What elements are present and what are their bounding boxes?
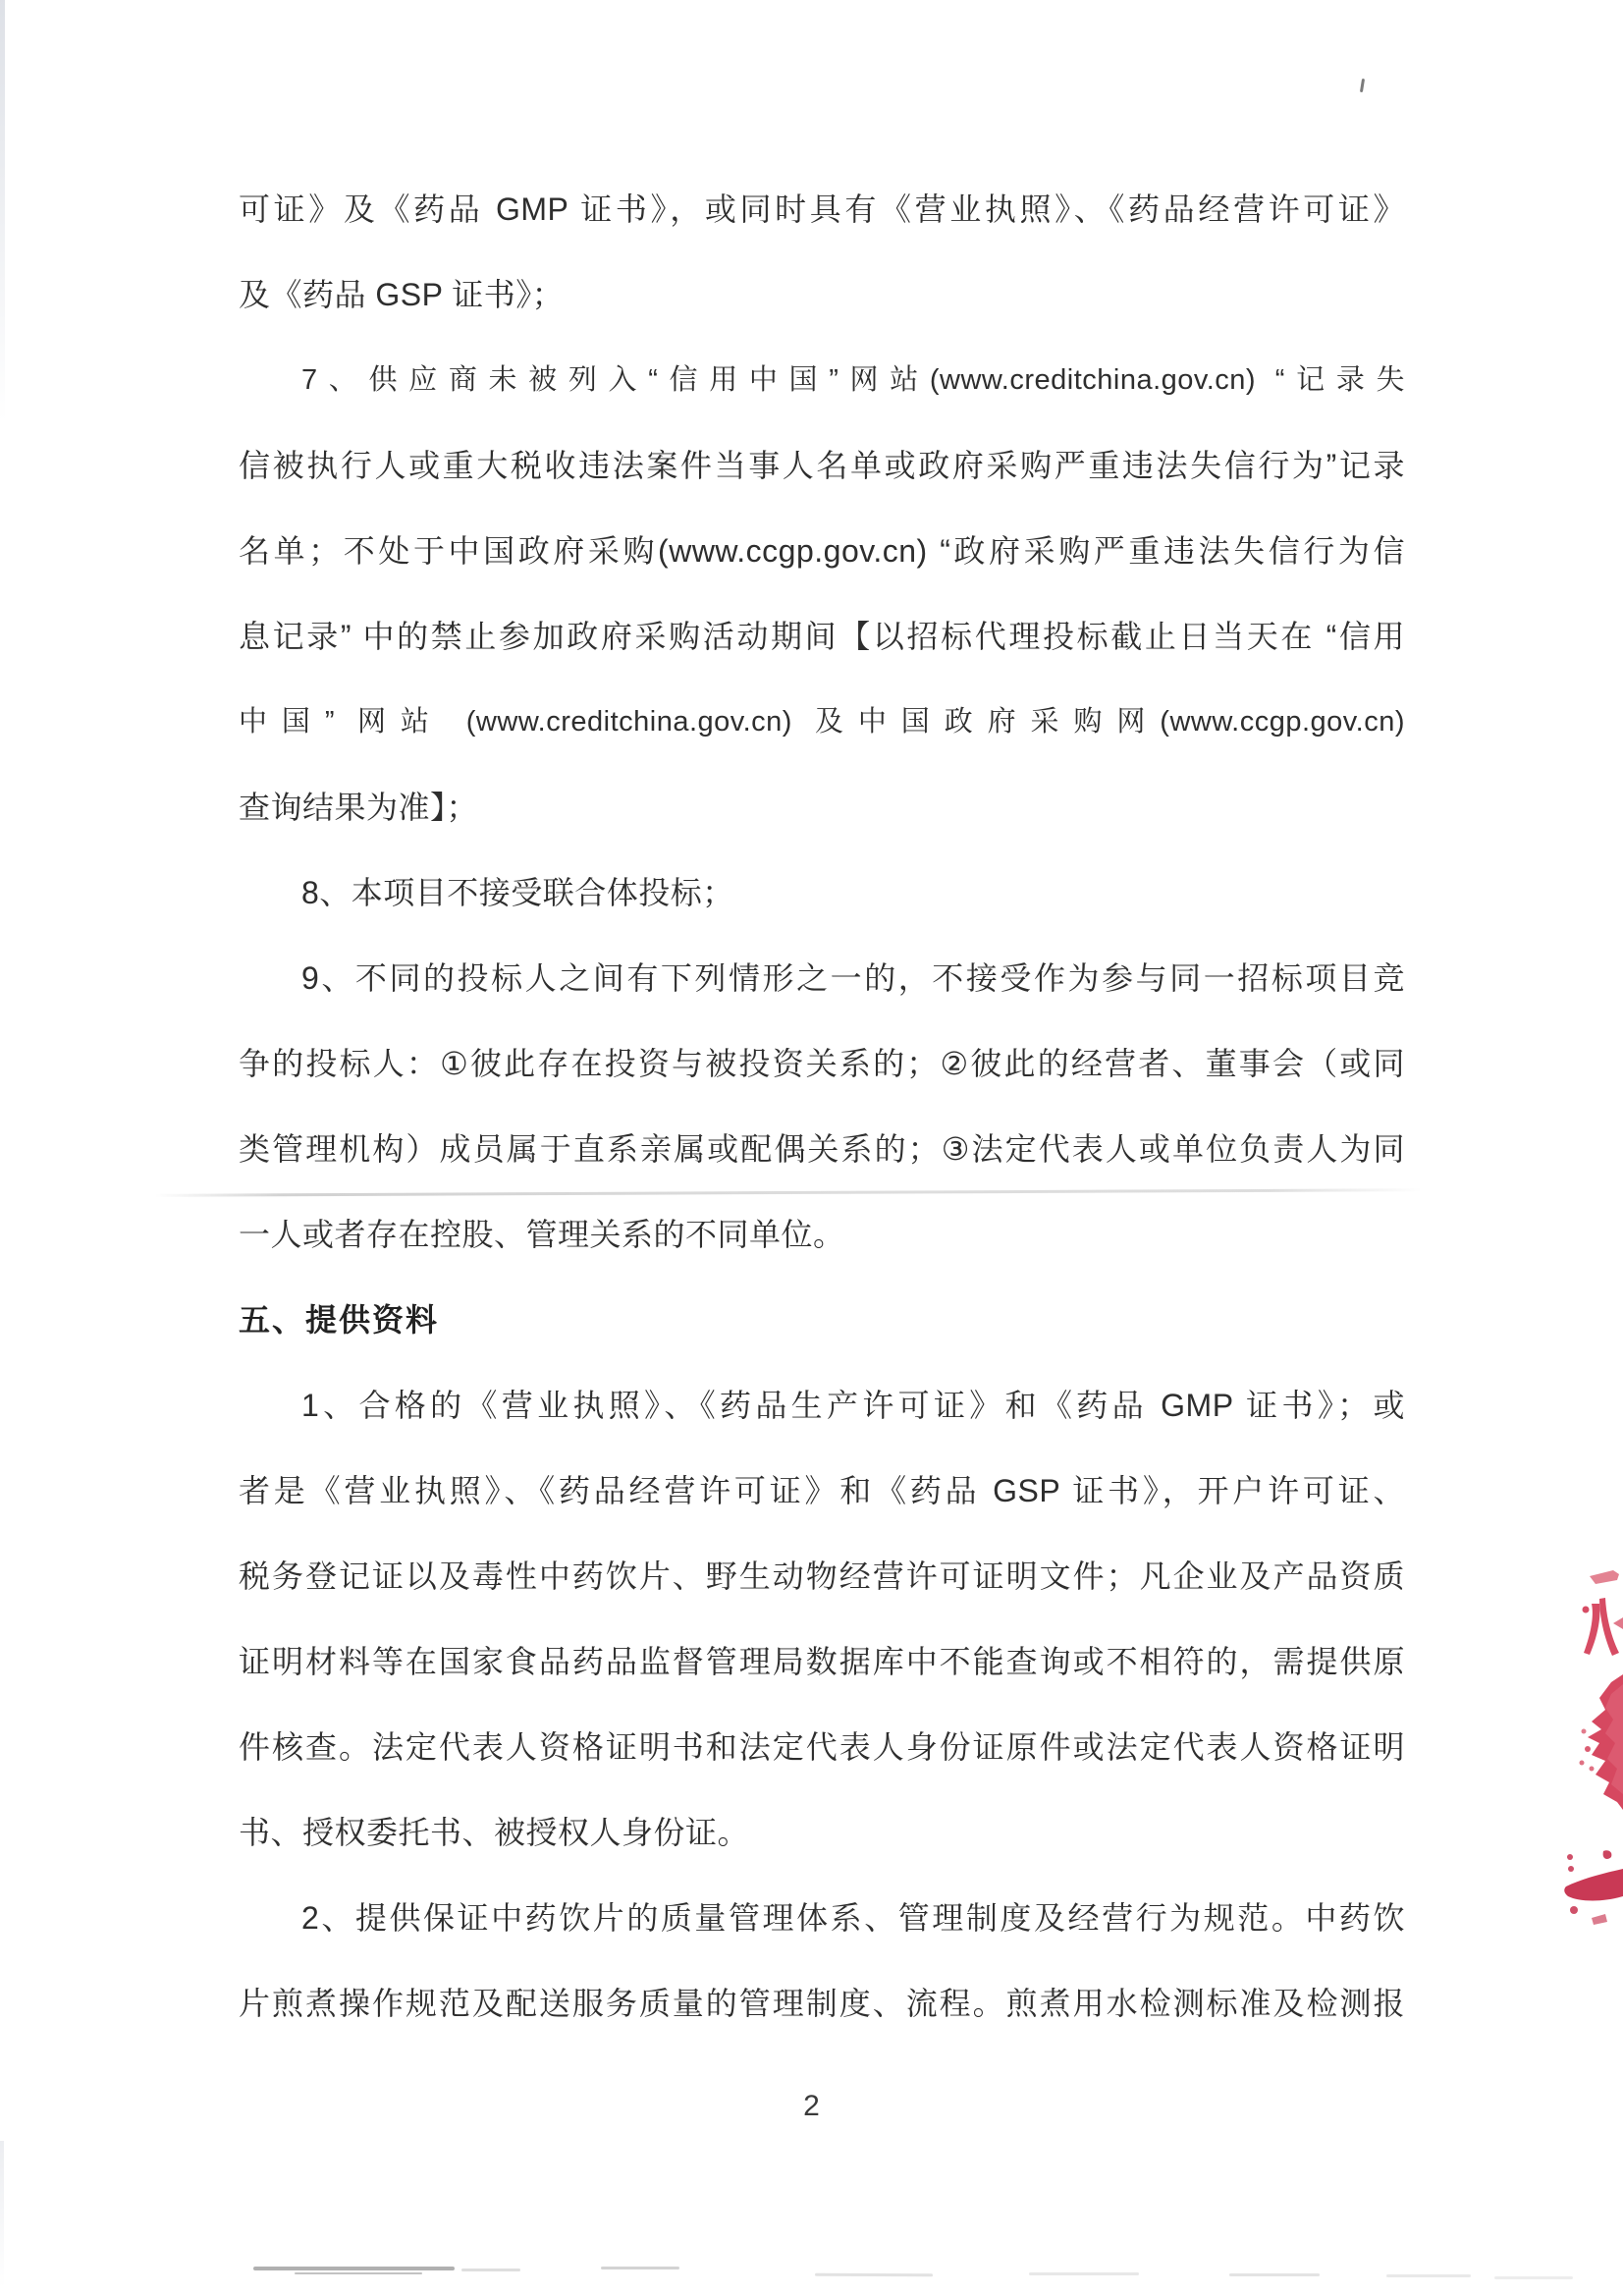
scan-edge-strip xyxy=(0,0,5,422)
text-line: 类管理机构）成员属于直系亲属或配偶关系的；③法定代表人或单位负责人为同 xyxy=(239,1107,1405,1192)
text-line: 书、授权委托书、被授权人身份证。 xyxy=(239,1790,1405,1876)
text-line: 名单；不处于中国政府采购(www.ccgp.gov.cn) “政府采购严重违法失… xyxy=(239,509,1405,594)
list-item-line: 2、提供保证中药饮片的质量管理体系、管理制度及经营行为规范。中药饮 xyxy=(239,1876,1405,1961)
scan-artifact-dash xyxy=(1229,2273,1320,2276)
scanned-document-page: 可证》及《药品 GMP 证书》，或同时具有《营业执照》、《药品经营许可证》 及《… xyxy=(0,0,1623,2296)
scan-artifact-dash xyxy=(1029,2272,1139,2275)
document-body: 可证》及《药品 GMP 证书》，或同时具有《营业执照》、《药品经营许可证》 及《… xyxy=(239,167,1405,2047)
text-line: 及《药品 GSP 证书》； xyxy=(239,252,1405,338)
section-heading: 五、提供资料 xyxy=(239,1278,1405,1363)
text-line: 件核查。法定代表人资格证明书和法定代表人身份证原件或法定代表人资格证明 xyxy=(239,1705,1405,1790)
red-seal-fragments xyxy=(1562,1527,1623,1949)
text-line: 税务登记证以及毒性中药饮片、野生动物经营许可证明文件；凡企业及产品资质 xyxy=(239,1534,1405,1619)
page-number: 2 xyxy=(0,2090,1623,2123)
text-line: 者是《营业执照》、《药品经营许可证》和《药品 GSP 证书》，开户许可证、 xyxy=(239,1449,1405,1534)
text-line: 争的投标人：①彼此存在投资与被投资关系的；②彼此的经营者、董事会（或同 xyxy=(239,1021,1405,1107)
text-line: 信被执行人或重大税收违法案件当事人名单或政府采购严重违法失信行为”记录 xyxy=(239,423,1405,509)
list-item-line: 7、供应商未被列入“信用中国”网站(www.creditchina.gov.cn… xyxy=(239,338,1405,423)
scan-artifact-dash xyxy=(1494,2276,1573,2279)
scan-artifact-dash xyxy=(461,2269,520,2271)
text-line: 片煎煮操作规范及配送服务质量的管理制度、流程。煎煮用水检测标准及检测报 xyxy=(239,1961,1405,2047)
scan-artifact-dash xyxy=(1386,2274,1471,2277)
text-line: 中国” 网站 (www.creditchina.gov.cn) 及中国政府采购网… xyxy=(239,680,1405,765)
list-item-line: 1、合格的《营业执照》、《药品生产许可证》和《药品 GMP 证书》；或 xyxy=(239,1363,1405,1449)
text-line: 证明材料等在国家食品药品监督管理局数据库中不能查询或不相符的，需提供原 xyxy=(239,1619,1405,1705)
list-item-line: 9、不同的投标人之间有下列情形之一的，不接受作为参与同一招标项目竞 xyxy=(239,936,1405,1021)
text-line: 息记录” 中的禁止参加政府采购活动期间【以招标代理投标截止日当天在 “信用 xyxy=(239,594,1405,680)
scan-artifact-dash xyxy=(295,2272,422,2274)
text-line: 可证》及《药品 GMP 证书》，或同时具有《营业执照》、《药品经营许可证》 xyxy=(239,167,1405,252)
scan-artifact-dash xyxy=(601,2267,679,2269)
scan-artifact-dash xyxy=(253,2267,455,2270)
scan-artifact-dash xyxy=(815,2273,933,2277)
list-item-line: 8、本项目不接受联合体投标； xyxy=(239,850,1405,936)
text-line: 查询结果为准】； xyxy=(239,765,1405,850)
scan-edge-strip xyxy=(0,2141,4,2288)
scan-artifact-speck xyxy=(1360,79,1365,92)
text-line: 一人或者存在控股、管理关系的不同单位。 xyxy=(239,1192,1405,1278)
